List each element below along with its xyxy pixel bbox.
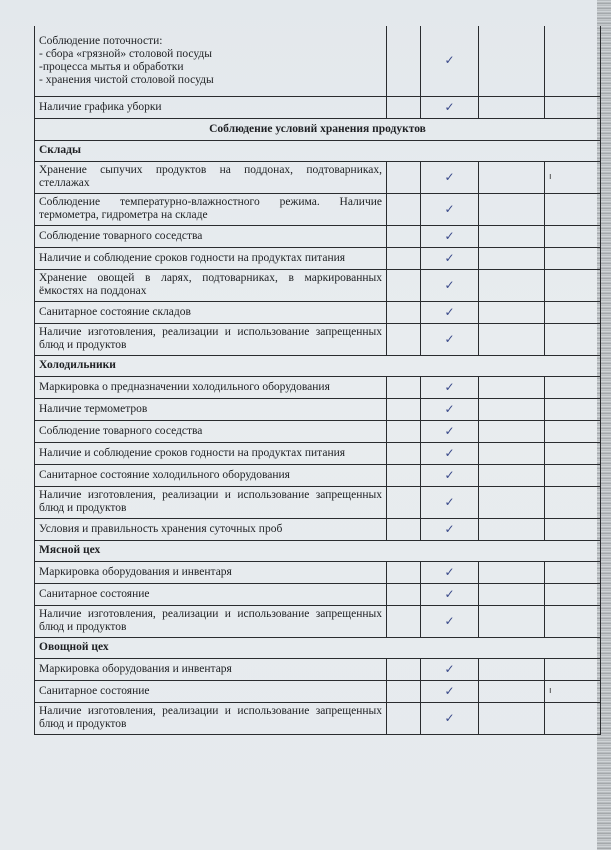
cell-col-3[interactable]	[479, 247, 545, 269]
cell-col-1[interactable]	[387, 247, 421, 269]
check-mark-cell[interactable]: ✓	[421, 420, 479, 442]
checklist-item-text: Хранение сыпучих продуктов на поддонах, …	[35, 161, 387, 193]
checklist-row: Маркировка оборудования и инвентаря✓	[35, 658, 601, 680]
cell-col-3[interactable]	[479, 486, 545, 518]
cell-col-4[interactable]	[545, 269, 601, 301]
check-mark-cell[interactable]: ✓	[421, 518, 479, 540]
check-mark-icon: ✓	[444, 662, 454, 676]
item-text-line: Соблюдение товарного соседства	[39, 425, 382, 438]
check-mark-icon: ✓	[444, 614, 454, 628]
checklist-item-text: Соблюдение температурно-влажностного реж…	[35, 193, 387, 225]
check-mark-icon: ✓	[444, 278, 454, 292]
item-text-line: Условия и правильность хранения суточных…	[39, 523, 382, 536]
check-mark-icon: ✓	[444, 100, 454, 114]
section-heading: Соблюдение условий хранения продуктов	[35, 118, 601, 140]
group-heading-row: Мясной цех	[35, 540, 601, 561]
cell-col-3[interactable]	[479, 26, 545, 96]
check-mark-icon: ✓	[444, 380, 454, 394]
cell-col-3[interactable]	[479, 301, 545, 323]
check-mark-cell[interactable]: ✓	[421, 680, 479, 702]
cell-col-4[interactable]	[545, 193, 601, 225]
check-mark-cell[interactable]: ✓	[421, 442, 479, 464]
checklist-row: Санитарное состояние✓	[35, 583, 601, 605]
cell-col-3[interactable]	[479, 518, 545, 540]
cell-col-1[interactable]	[387, 442, 421, 464]
item-text-line: Наличие изготовления, реализации и испол…	[39, 489, 382, 515]
cell-col-3[interactable]	[479, 420, 545, 442]
check-mark-cell[interactable]: ✓	[421, 301, 479, 323]
item-text-line: Маркировка о предназначении холодильного…	[39, 381, 382, 394]
stray-pen-mark: ı	[549, 686, 552, 696]
check-mark-icon: ✓	[444, 522, 454, 536]
cell-col-3[interactable]	[479, 561, 545, 583]
cell-col-4[interactable]	[545, 398, 601, 420]
checklist-table: Соблюдение поточности:- сбора «грязной» …	[34, 26, 601, 735]
cell-col-4[interactable]	[545, 301, 601, 323]
check-mark-cell[interactable]: ✓	[421, 583, 479, 605]
cell-col-4[interactable]	[545, 486, 601, 518]
cell-col-1[interactable]	[387, 225, 421, 247]
check-mark-cell[interactable]: ✓	[421, 323, 479, 355]
checklist-row: Наличие изготовления, реализации и испол…	[35, 702, 601, 734]
cell-col-1[interactable]	[387, 561, 421, 583]
cell-col-1[interactable]	[387, 680, 421, 702]
cell-col-1[interactable]	[387, 323, 421, 355]
check-mark-icon: ✓	[444, 495, 454, 509]
check-mark-icon: ✓	[444, 53, 454, 67]
checklist-item-text: Соблюдение поточности:- сбора «грязной» …	[35, 26, 387, 96]
cell-col-1[interactable]	[387, 605, 421, 637]
checklist-item-text: Наличие и соблюдение сроков годности на …	[35, 247, 387, 269]
check-mark-cell[interactable]: ✓	[421, 225, 479, 247]
stray-pen-mark: ı	[549, 172, 552, 182]
checklist-item-text: Наличие изготовления, реализации и испол…	[35, 323, 387, 355]
check-mark-cell[interactable]: ✓	[421, 702, 479, 734]
item-text-line: Хранение овощей в ларях, подтоварниках, …	[39, 272, 382, 298]
checklist-row: Соблюдение поточности:- сбора «грязной» …	[35, 26, 601, 96]
cell-col-3[interactable]	[479, 376, 545, 398]
group-heading: Холодильники	[35, 355, 601, 376]
check-mark-icon: ✓	[444, 468, 454, 482]
cell-col-4[interactable]	[545, 420, 601, 442]
check-mark-cell[interactable]: ✓	[421, 605, 479, 637]
item-text-line: Наличие изготовления, реализации и испол…	[39, 705, 382, 731]
check-mark-icon: ✓	[444, 202, 454, 216]
cell-col-1[interactable]	[387, 301, 421, 323]
check-mark-cell[interactable]: ✓	[421, 398, 479, 420]
cell-col-3[interactable]	[479, 464, 545, 486]
checklist-row: Наличие изготовления, реализации и испол…	[35, 323, 601, 355]
cell-col-4[interactable]	[545, 376, 601, 398]
item-text-line: Наличие и соблюдение сроков годности на …	[39, 447, 382, 460]
check-mark-cell[interactable]: ✓	[421, 486, 479, 518]
checklist-row: Наличие графика уборки✓	[35, 96, 601, 118]
cell-col-3[interactable]	[479, 161, 545, 193]
item-text-line: Санитарное состояние холодильного оборуд…	[39, 469, 382, 482]
check-mark-cell[interactable]: ✓	[421, 464, 479, 486]
checklist-item-text: Условия и правильность хранения суточных…	[35, 518, 387, 540]
check-mark-icon: ✓	[444, 684, 454, 698]
item-text-line: Соблюдение поточности:	[39, 35, 382, 48]
item-text-line: Санитарное состояние	[39, 588, 382, 601]
item-text-line: Санитарное состояние	[39, 685, 382, 698]
check-mark-icon: ✓	[444, 251, 454, 265]
checklist-item-text: Санитарное состояние складов	[35, 301, 387, 323]
check-mark-icon: ✓	[444, 565, 454, 579]
check-mark-icon: ✓	[444, 587, 454, 601]
cell-col-1[interactable]	[387, 464, 421, 486]
cell-col-1[interactable]	[387, 161, 421, 193]
item-text-line: - сбора «грязной» столовой посуды	[39, 48, 382, 61]
check-mark-cell[interactable]: ✓	[421, 269, 479, 301]
checklist-row: Маркировка оборудования и инвентаря✓	[35, 561, 601, 583]
cell-col-3[interactable]	[479, 680, 545, 702]
cell-col-3[interactable]	[479, 323, 545, 355]
group-heading-row: Овощной цех	[35, 637, 601, 658]
cell-col-1[interactable]	[387, 398, 421, 420]
checklist-item-text: Санитарное состояние	[35, 680, 387, 702]
check-mark-icon: ✓	[444, 402, 454, 416]
cell-col-4[interactable]	[545, 583, 601, 605]
item-text-line: -процесса мытья и обработки	[39, 61, 382, 74]
cell-col-1[interactable]	[387, 26, 421, 96]
checklist-row: Соблюдение товарного соседства✓	[35, 225, 601, 247]
cell-col-4[interactable]	[545, 96, 601, 118]
checklist-row: Условия и правильность хранения суточных…	[35, 518, 601, 540]
cell-col-4[interactable]	[545, 323, 601, 355]
group-heading: Склады	[35, 140, 601, 161]
cell-col-1[interactable]	[387, 376, 421, 398]
cell-col-4[interactable]	[545, 464, 601, 486]
cell-col-3[interactable]	[479, 702, 545, 734]
item-text-line: Наличие изготовления, реализации и испол…	[39, 326, 382, 352]
check-mark-cell[interactable]: ✓	[421, 96, 479, 118]
item-text-line: Наличие и соблюдение сроков годности на …	[39, 252, 382, 265]
group-heading-row: Холодильники	[35, 355, 601, 376]
checklist-row: Санитарное состояние холодильного оборуд…	[35, 464, 601, 486]
checklist-row: Санитарное состояние✓ı	[35, 680, 601, 702]
item-text-line: Маркировка оборудования и инвентаря	[39, 566, 382, 579]
item-text-line: Соблюдение товарного соседства	[39, 230, 382, 243]
item-text-line: Наличие изготовления, реализации и испол…	[39, 608, 382, 634]
cell-col-4[interactable]	[545, 26, 601, 96]
checklist-item-text: Маркировка оборудования и инвентаря	[35, 561, 387, 583]
item-text-line: Санитарное состояние складов	[39, 306, 382, 319]
cell-col-1[interactable]	[387, 96, 421, 118]
checklist-row: Санитарное состояние складов✓	[35, 301, 601, 323]
item-text-line: - хранения чистой столовой посуды	[39, 74, 382, 87]
check-mark-icon: ✓	[444, 424, 454, 438]
checklist-item-text: Маркировка оборудования и инвентаря	[35, 658, 387, 680]
checklist-row: Наличие термометров✓	[35, 398, 601, 420]
cell-col-4[interactable]: ı	[545, 680, 601, 702]
item-text-line: Наличие термометров	[39, 403, 382, 416]
check-mark-icon: ✓	[444, 711, 454, 725]
check-mark-icon: ✓	[444, 332, 454, 346]
cell-col-4[interactable]	[545, 518, 601, 540]
checklist-item-text: Санитарное состояние	[35, 583, 387, 605]
item-text-line: Соблюдение температурно-влажностного реж…	[39, 196, 382, 222]
cell-col-4[interactable]	[545, 247, 601, 269]
cell-col-4[interactable]	[545, 658, 601, 680]
cell-col-3[interactable]	[479, 96, 545, 118]
checklist-row: Наличие и соблюдение сроков годности на …	[35, 247, 601, 269]
group-heading: Овощной цех	[35, 637, 601, 658]
checklist-row: Соблюдение товарного соседства✓	[35, 420, 601, 442]
cell-col-4[interactable]	[545, 605, 601, 637]
check-mark-icon: ✓	[444, 229, 454, 243]
checklist-item-text: Наличие термометров	[35, 398, 387, 420]
checklist-row: Хранение сыпучих продуктов на поддонах, …	[35, 161, 601, 193]
cell-col-3[interactable]	[479, 193, 545, 225]
check-mark-icon: ✓	[444, 170, 454, 184]
check-mark-icon: ✓	[444, 305, 454, 319]
cell-col-1[interactable]	[387, 702, 421, 734]
checklist-row: Соблюдение температурно-влажностного реж…	[35, 193, 601, 225]
cell-col-3[interactable]	[479, 442, 545, 464]
checklist-item-text: Хранение овощей в ларях, подтоварниках, …	[35, 269, 387, 301]
cell-col-4[interactable]	[545, 225, 601, 247]
checklist-row: Наличие изготовления, реализации и испол…	[35, 605, 601, 637]
checklist-row: Маркировка о предназначении холодильного…	[35, 376, 601, 398]
cell-col-3[interactable]	[479, 225, 545, 247]
group-heading-row: Склады	[35, 140, 601, 161]
checklist-item-text: Наличие и соблюдение сроков годности на …	[35, 442, 387, 464]
check-mark-cell[interactable]: ✓	[421, 247, 479, 269]
item-text-line: Наличие графика уборки	[39, 101, 382, 114]
inspection-checklist: Соблюдение поточности:- сбора «грязной» …	[34, 26, 600, 735]
checklist-item-text: Наличие изготовления, реализации и испол…	[35, 605, 387, 637]
checklist-item-text: Наличие изготовления, реализации и испол…	[35, 486, 387, 518]
cell-col-1[interactable]	[387, 658, 421, 680]
cell-col-1[interactable]	[387, 486, 421, 518]
check-mark-cell[interactable]: ✓	[421, 161, 479, 193]
checklist-row: Хранение овощей в ларях, подтоварниках, …	[35, 269, 601, 301]
cell-col-1[interactable]	[387, 518, 421, 540]
checklist-row: Наличие и соблюдение сроков годности на …	[35, 442, 601, 464]
cell-col-3[interactable]	[479, 398, 545, 420]
checklist-item-text: Наличие графика уборки	[35, 96, 387, 118]
checklist-row: Наличие изготовления, реализации и испол…	[35, 486, 601, 518]
item-text-line: Хранение сыпучих продуктов на поддонах, …	[39, 164, 382, 190]
checklist-item-text: Маркировка о предназначении холодильного…	[35, 376, 387, 398]
item-text-line: Маркировка оборудования и инвентаря	[39, 663, 382, 676]
check-mark-cell[interactable]: ✓	[421, 376, 479, 398]
cell-col-4[interactable]	[545, 702, 601, 734]
check-mark-icon: ✓	[444, 446, 454, 460]
check-mark-cell[interactable]: ✓	[421, 561, 479, 583]
checklist-item-text: Санитарное состояние холодильного оборуд…	[35, 464, 387, 486]
cell-col-4[interactable]	[545, 442, 601, 464]
cell-col-3[interactable]	[479, 658, 545, 680]
cell-col-1[interactable]	[387, 420, 421, 442]
checklist-item-text: Соблюдение товарного соседства	[35, 225, 387, 247]
section-heading-row: Соблюдение условий хранения продуктов	[35, 118, 601, 140]
checklist-item-text: Наличие изготовления, реализации и испол…	[35, 702, 387, 734]
cell-col-1[interactable]	[387, 193, 421, 225]
cell-col-1[interactable]	[387, 583, 421, 605]
check-mark-cell[interactable]: ✓	[421, 658, 479, 680]
cell-col-4[interactable]	[545, 561, 601, 583]
cell-col-3[interactable]	[479, 605, 545, 637]
checklist-item-text: Соблюдение товарного соседства	[35, 420, 387, 442]
checklist-body: Соблюдение поточности:- сбора «грязной» …	[35, 26, 601, 734]
group-heading: Мясной цех	[35, 540, 601, 561]
cell-col-3[interactable]	[479, 583, 545, 605]
check-mark-cell[interactable]: ✓	[421, 26, 479, 96]
cell-col-3[interactable]	[479, 269, 545, 301]
check-mark-cell[interactable]: ✓	[421, 193, 479, 225]
cell-col-1[interactable]	[387, 269, 421, 301]
cell-col-4[interactable]: ı	[545, 161, 601, 193]
